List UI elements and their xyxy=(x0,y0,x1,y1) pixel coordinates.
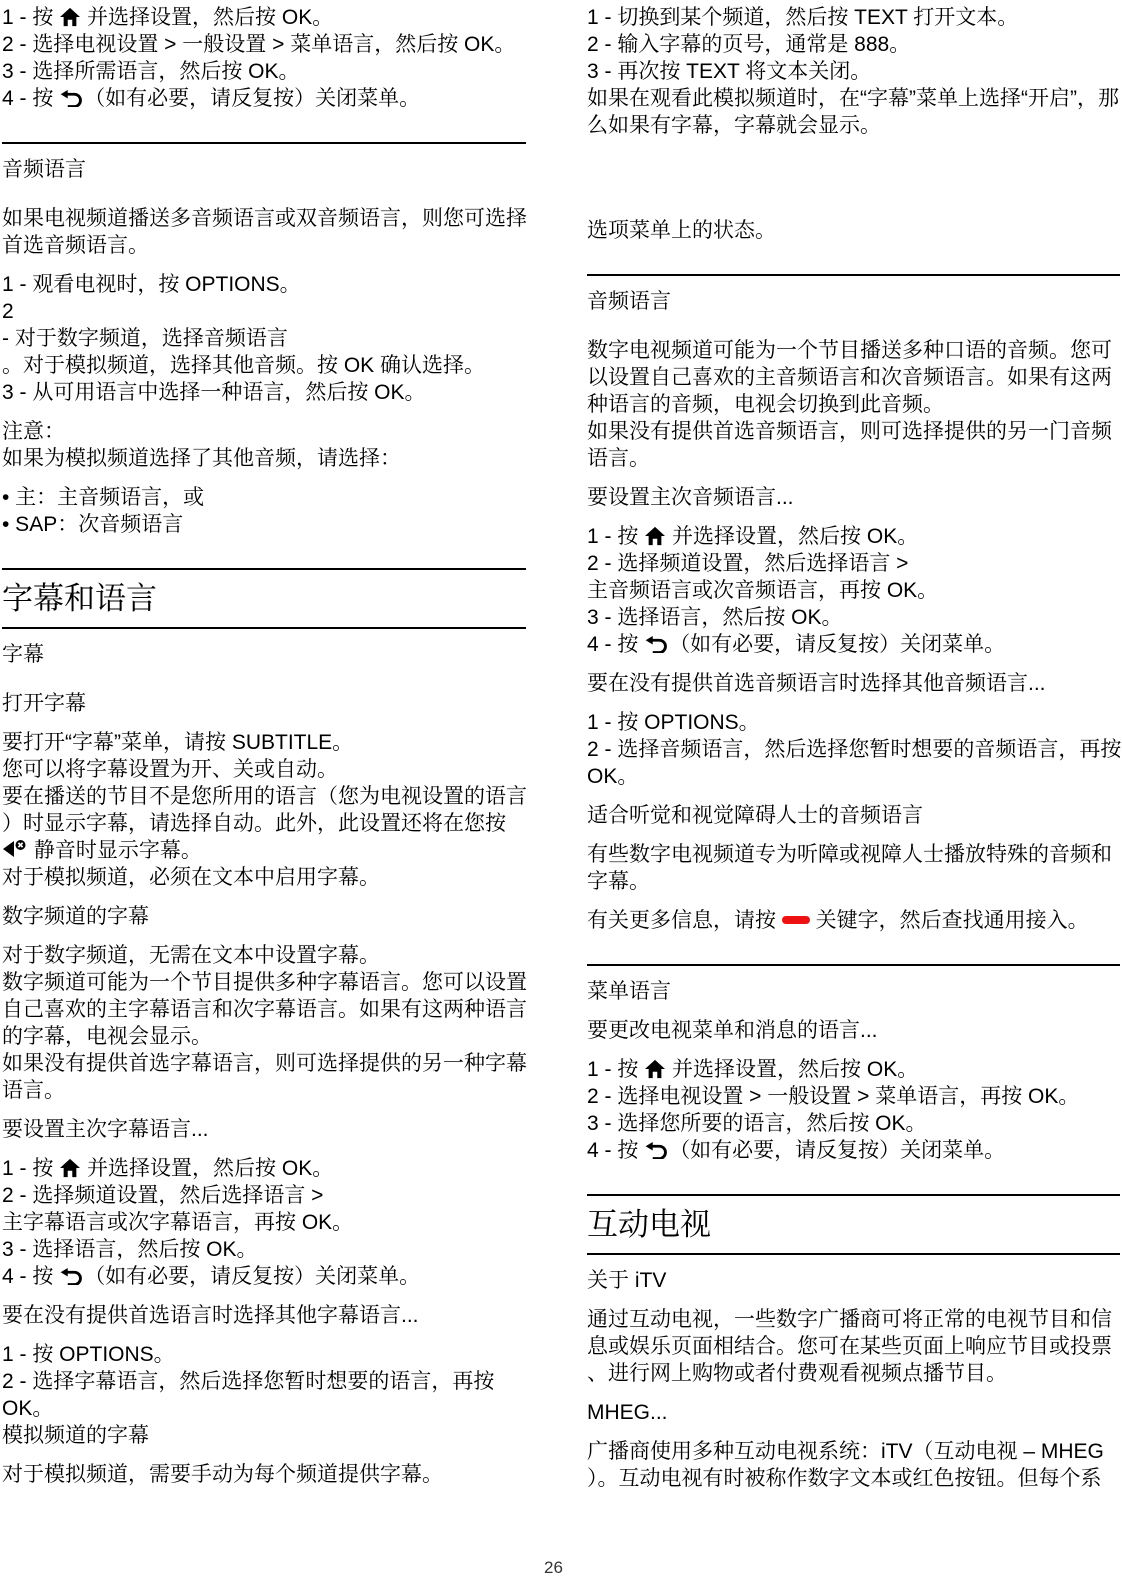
subheading: 音频语言 xyxy=(2,156,526,183)
text-line: 注意： xyxy=(2,418,526,445)
text-line: 1 - 按 OPTIONS。 xyxy=(587,709,1120,736)
back-icon xyxy=(644,1137,669,1164)
text-line: 如果没有提供首选音频语言，则可选择提供的另一门音频 xyxy=(587,418,1120,445)
text-line: 如果为模拟频道选择了其他音频，请选择： xyxy=(2,445,526,472)
text-line: 的字幕，电视会显示。 xyxy=(2,1023,526,1050)
left-column: 1 - 按 并选择设置，然后按 OK。2 - 选择电视设置 > 一般设置 > 菜… xyxy=(2,4,526,1492)
steps-subtitle-language: 1 - 按 并选择设置，然后按 OK。2 - 选择频道设置，然后选择语言 >主字… xyxy=(2,1155,526,1290)
home-icon xyxy=(644,1056,666,1083)
text-line: 。对于模拟频道，选择其他音频。按 OK 确认选择。 xyxy=(2,352,526,379)
subheading: 字幕 xyxy=(2,641,526,668)
section-divider xyxy=(587,964,1120,966)
text-line: 1 - 按 并选择设置，然后按 OK。 xyxy=(587,523,1120,550)
back-icon xyxy=(644,631,669,658)
text-line: 2 xyxy=(2,298,526,325)
text-line: 么如果有字幕，字幕就会显示。 xyxy=(587,112,1120,139)
home-icon xyxy=(59,1155,81,1182)
text-line: 2 - 选择音频语言，然后选择您暂时想要的音频语言，再按 xyxy=(587,736,1120,763)
text-line: 2 - 选择电视设置 > 一般设置 > 菜单语言，再按 OK。 xyxy=(587,1083,1120,1110)
text-line: 要设置主次字幕语言... xyxy=(2,1116,526,1143)
right-column: 1 - 切换到某个频道，然后按 TEXT 打开文本。2 - 输入字幕的页号，通常… xyxy=(587,4,1120,1492)
text-line: 4 - 按 （如有必要，请反复按）关闭菜单。 xyxy=(2,85,526,112)
section-divider xyxy=(2,627,526,629)
text-line: 3 - 再次按 TEXT 将文本关闭。 xyxy=(587,58,1120,85)
text-line: 要在没有提供首选语言时选择其他字幕语言... xyxy=(2,1302,526,1329)
text-line: 要设置主次音频语言... xyxy=(587,484,1120,511)
text-line: 主字幕语言或次字幕语言，再按 OK。 xyxy=(2,1209,526,1236)
section-divider xyxy=(587,1194,1120,1196)
text-line: 音频语言 xyxy=(587,288,1120,315)
paragraph: 选项菜单上的状态。 xyxy=(587,217,1120,244)
page-number: 26 xyxy=(544,1558,563,1578)
subheading: MHEG... xyxy=(587,1399,1120,1426)
text-line: ）时显示字幕，请选择自动。此外，此设置还将在您按 xyxy=(2,810,526,837)
text-line: 2 - 选择频道设置，然后选择语言 > xyxy=(2,1182,526,1209)
text-line: 您可以将字幕设置为开、关或自动。 xyxy=(2,756,526,783)
text-line: 通过互动电视，一些数字广播商可将正常的电视节目和信 xyxy=(587,1306,1120,1333)
text-line: 字幕 xyxy=(2,641,526,668)
text-line: 1 - 切换到某个频道，然后按 TEXT 打开文本。 xyxy=(587,4,1120,31)
text-line: 要在播送的节目不是您所用的语言（您为电视设置的语言 xyxy=(2,783,526,810)
text-line: 2 - 选择字幕语言，然后选择您暂时想要的语言，再按 xyxy=(2,1368,526,1395)
keyword-icon xyxy=(782,907,810,934)
steps-audio-language: 1 - 按 并选择设置，然后按 OK。2 - 选择频道设置，然后选择语言 >主音… xyxy=(587,523,1120,658)
text-line: - 对于数字频道，选择音频语言 xyxy=(2,325,526,352)
text-line: 2 - 输入字幕的页号，通常是 888。 xyxy=(587,31,1120,58)
home-icon xyxy=(59,4,81,31)
text-line: 如果电视频道播送多音频语言或双音频语言，则您可选择 xyxy=(2,205,526,232)
text-line: 选项菜单上的状态。 xyxy=(587,217,1120,244)
text-line: 1 - 按 OPTIONS。 xyxy=(2,1341,526,1368)
section-divider xyxy=(587,1253,1120,1255)
text-line: OK。 xyxy=(587,763,1120,790)
text-line: 1 - 按 并选择设置，然后按 OK。 xyxy=(2,4,526,31)
note: 注意：如果为模拟频道选择了其他音频，请选择： xyxy=(2,418,526,472)
paragraph: 要更改电视菜单和消息的语言... xyxy=(587,1017,1120,1044)
text-line: 1 - 观看电视时，按 OPTIONS。 xyxy=(2,271,526,298)
text-line: ）。互动电视有时被称作数字文本或红色按钮。但每个系 xyxy=(587,1465,1120,1492)
text-line: 如果在观看此模拟频道时，在“字幕”菜单上选择“开启”，那 xyxy=(587,85,1120,112)
text-line: 要打开“字幕”菜单，请按 SUBTITLE。 xyxy=(2,729,526,756)
text-line: 有关更多信息，请按 关键字，然后查找通用接入。 xyxy=(587,907,1120,934)
text-line: 打开字幕 xyxy=(2,690,526,717)
text-line: 广播商使用多种互动电视系统：iTV（互动电视 – MHEG xyxy=(587,1438,1120,1465)
subheading: 关于 iTV xyxy=(587,1267,1120,1294)
section-title: 互动电视 xyxy=(587,1207,1120,1243)
paragraph: 要打开“字幕”菜单，请按 SUBTITLE。您可以将字幕设置为开、关或自动。要在… xyxy=(2,729,526,891)
text-line: 首选音频语言。 xyxy=(2,232,526,259)
steps-audio-language: 1 - 观看电视时，按 OPTIONS。2- 对于数字频道，选择音频语言。对于模… xyxy=(2,271,526,406)
text-line: 3 - 选择语言，然后按 OK。 xyxy=(587,604,1120,631)
subheading: 菜单语言 xyxy=(587,978,1120,1005)
text-line: 1 - 按 并选择设置，然后按 OK。 xyxy=(587,1056,1120,1083)
paragraph: 通过互动电视，一些数字广播商可将正常的电视节目和信息或娱乐页面相结合。您可在某些… xyxy=(587,1306,1120,1387)
text-line: 关于 iTV xyxy=(587,1267,1120,1294)
text-line: 要在没有提供首选音频语言时选择其他音频语言... xyxy=(587,670,1120,697)
text-line: • 主：主音频语言，或 xyxy=(2,484,526,511)
text-line: 有些数字电视频道专为听障或视障人士播放特殊的音频和 xyxy=(587,841,1120,868)
text-line: 语言。 xyxy=(2,1077,526,1104)
paragraph: 有些数字电视频道专为听障或视障人士播放特殊的音频和字幕。 xyxy=(587,841,1120,895)
steps-other-subtitle: 1 - 按 OPTIONS。2 - 选择字幕语言，然后选择您暂时想要的语言，再按… xyxy=(2,1341,526,1422)
section-divider xyxy=(2,568,526,570)
text-line: 适合听觉和视觉障碍人士的音频语言 xyxy=(587,802,1120,829)
steps-menu-language: 1 - 按 并选择设置，然后按 OK。2 - 选择电视设置 > 一般设置 > 菜… xyxy=(2,4,526,112)
section-divider xyxy=(2,142,526,144)
text-line: 1 - 按 并选择设置，然后按 OK。 xyxy=(2,1155,526,1182)
text-line: 要更改电视菜单和消息的语言... xyxy=(587,1017,1120,1044)
paragraph: 如果电视频道播送多音频语言或双音频语言，则您可选择首选音频语言。 xyxy=(2,205,526,259)
text-line: 、进行网上购物或者付费观看视频点播节目。 xyxy=(587,1360,1120,1387)
subheading: 适合听觉和视觉障碍人士的音频语言 xyxy=(587,802,1120,829)
paragraph: 对于模拟频道，需要手动为每个频道提供字幕。 xyxy=(2,1461,526,1488)
text-line: 2 - 选择电视设置 > 一般设置 > 菜单语言，然后按 OK。 xyxy=(2,31,526,58)
text-line: 字幕。 xyxy=(587,868,1120,895)
section-divider xyxy=(587,274,1120,276)
text-line: 4 - 按 （如有必要，请反复按）关闭菜单。 xyxy=(2,1263,526,1290)
steps-other-audio: 1 - 按 OPTIONS。2 - 选择音频语言，然后选择您暂时想要的音频语言，… xyxy=(587,709,1120,790)
text-line: MHEG... xyxy=(587,1399,1120,1426)
text-line: 音频语言 xyxy=(2,156,526,183)
text-line: 3 - 从可用语言中选择一种语言，然后按 OK。 xyxy=(2,379,526,406)
bullet-list: • 主：主音频语言，或• SAP：次音频语言 xyxy=(2,484,526,538)
subheading: 音频语言 xyxy=(587,288,1120,315)
text-line: 数字频道可能为一个节目提供多种字幕语言。您可以设置 xyxy=(2,969,526,996)
text-line: 菜单语言 xyxy=(587,978,1120,1005)
text-line: 对于模拟频道，必须在文本中启用字幕。 xyxy=(2,864,526,891)
paragraph: 要在没有提供首选语言时选择其他字幕语言... xyxy=(2,1302,526,1329)
paragraph: 数字电视频道可能为一个节目播送多种口语的音频。您可以设置自己喜欢的主音频语言和次… xyxy=(587,337,1120,472)
text-line: 息或娱乐页面相结合。您可在某些页面上响应节目或投票 xyxy=(587,1333,1120,1360)
steps-text-subtitles: 1 - 切换到某个频道，然后按 TEXT 打开文本。2 - 输入字幕的页号，通常… xyxy=(587,4,1120,139)
text-line: 对于数字频道，无需在文本中设置字幕。 xyxy=(2,942,526,969)
two-column-layout: 1 - 按 并选择设置，然后按 OK。2 - 选择电视设置 > 一般设置 > 菜… xyxy=(0,4,1122,1492)
subheading: 模拟频道的字幕 xyxy=(2,1422,526,1449)
paragraph: 要设置主次字幕语言... xyxy=(2,1116,526,1143)
manual-page: 1 - 按 并选择设置，然后按 OK。2 - 选择电视设置 > 一般设置 > 菜… xyxy=(0,0,1122,1587)
text-line: 以设置自己喜欢的主音频语言和次音频语言。如果有这两 xyxy=(587,364,1120,391)
text-line: 模拟频道的字幕 xyxy=(2,1422,526,1449)
text-line: 3 - 选择您所要的语言，然后按 OK。 xyxy=(587,1110,1120,1137)
text-line: 自己喜欢的主字幕语言和次字幕语言。如果有这两种语言 xyxy=(2,996,526,1023)
subheading: 数字频道的字幕 xyxy=(2,903,526,930)
text-line: 如果没有提供首选字幕语言，则可选择提供的另一种字幕 xyxy=(2,1050,526,1077)
back-icon xyxy=(59,1263,84,1290)
paragraph: 广播商使用多种互动电视系统：iTV（互动电视 – MHEG）。互动电视有时被称作… xyxy=(587,1438,1120,1492)
text-line: 3 - 选择所需语言，然后按 OK。 xyxy=(2,58,526,85)
text-line: 语言。 xyxy=(587,445,1120,472)
mute-icon xyxy=(2,837,28,864)
paragraph: 对于数字频道，无需在文本中设置字幕。数字频道可能为一个节目提供多种字幕语言。您可… xyxy=(2,942,526,1104)
text-line: 数字频道的字幕 xyxy=(2,903,526,930)
text-line: 主音频语言或次音频语言，再按 OK。 xyxy=(587,577,1120,604)
home-icon xyxy=(644,523,666,550)
text-line: • SAP：次音频语言 xyxy=(2,511,526,538)
subheading: 打开字幕 xyxy=(2,690,526,717)
steps-menu-language: 1 - 按 并选择设置，然后按 OK。2 - 选择电视设置 > 一般设置 > 菜… xyxy=(587,1056,1120,1164)
section-title: 字幕和语言 xyxy=(2,581,526,617)
text-line: 4 - 按 （如有必要，请反复按）关闭菜单。 xyxy=(587,631,1120,658)
paragraph: 要在没有提供首选音频语言时选择其他音频语言... xyxy=(587,670,1120,697)
paragraph: 要设置主次音频语言... xyxy=(587,484,1120,511)
text-line: 3 - 选择语言，然后按 OK。 xyxy=(2,1236,526,1263)
text-line: 4 - 按 （如有必要，请反复按）关闭菜单。 xyxy=(587,1137,1120,1164)
paragraph: 有关更多信息，请按 关键字，然后查找通用接入。 xyxy=(587,907,1120,934)
back-icon xyxy=(59,85,84,112)
text-line: OK。 xyxy=(2,1395,526,1422)
text-line: 种语言的音频，电视会切换到此音频。 xyxy=(587,391,1120,418)
text-line: 静音时显示字幕。 xyxy=(2,837,526,864)
text-line: 数字电视频道可能为一个节目播送多种口语的音频。您可 xyxy=(587,337,1120,364)
text-line: 对于模拟频道，需要手动为每个频道提供字幕。 xyxy=(2,1461,526,1488)
text-line: 2 - 选择频道设置，然后选择语言 > xyxy=(587,550,1120,577)
